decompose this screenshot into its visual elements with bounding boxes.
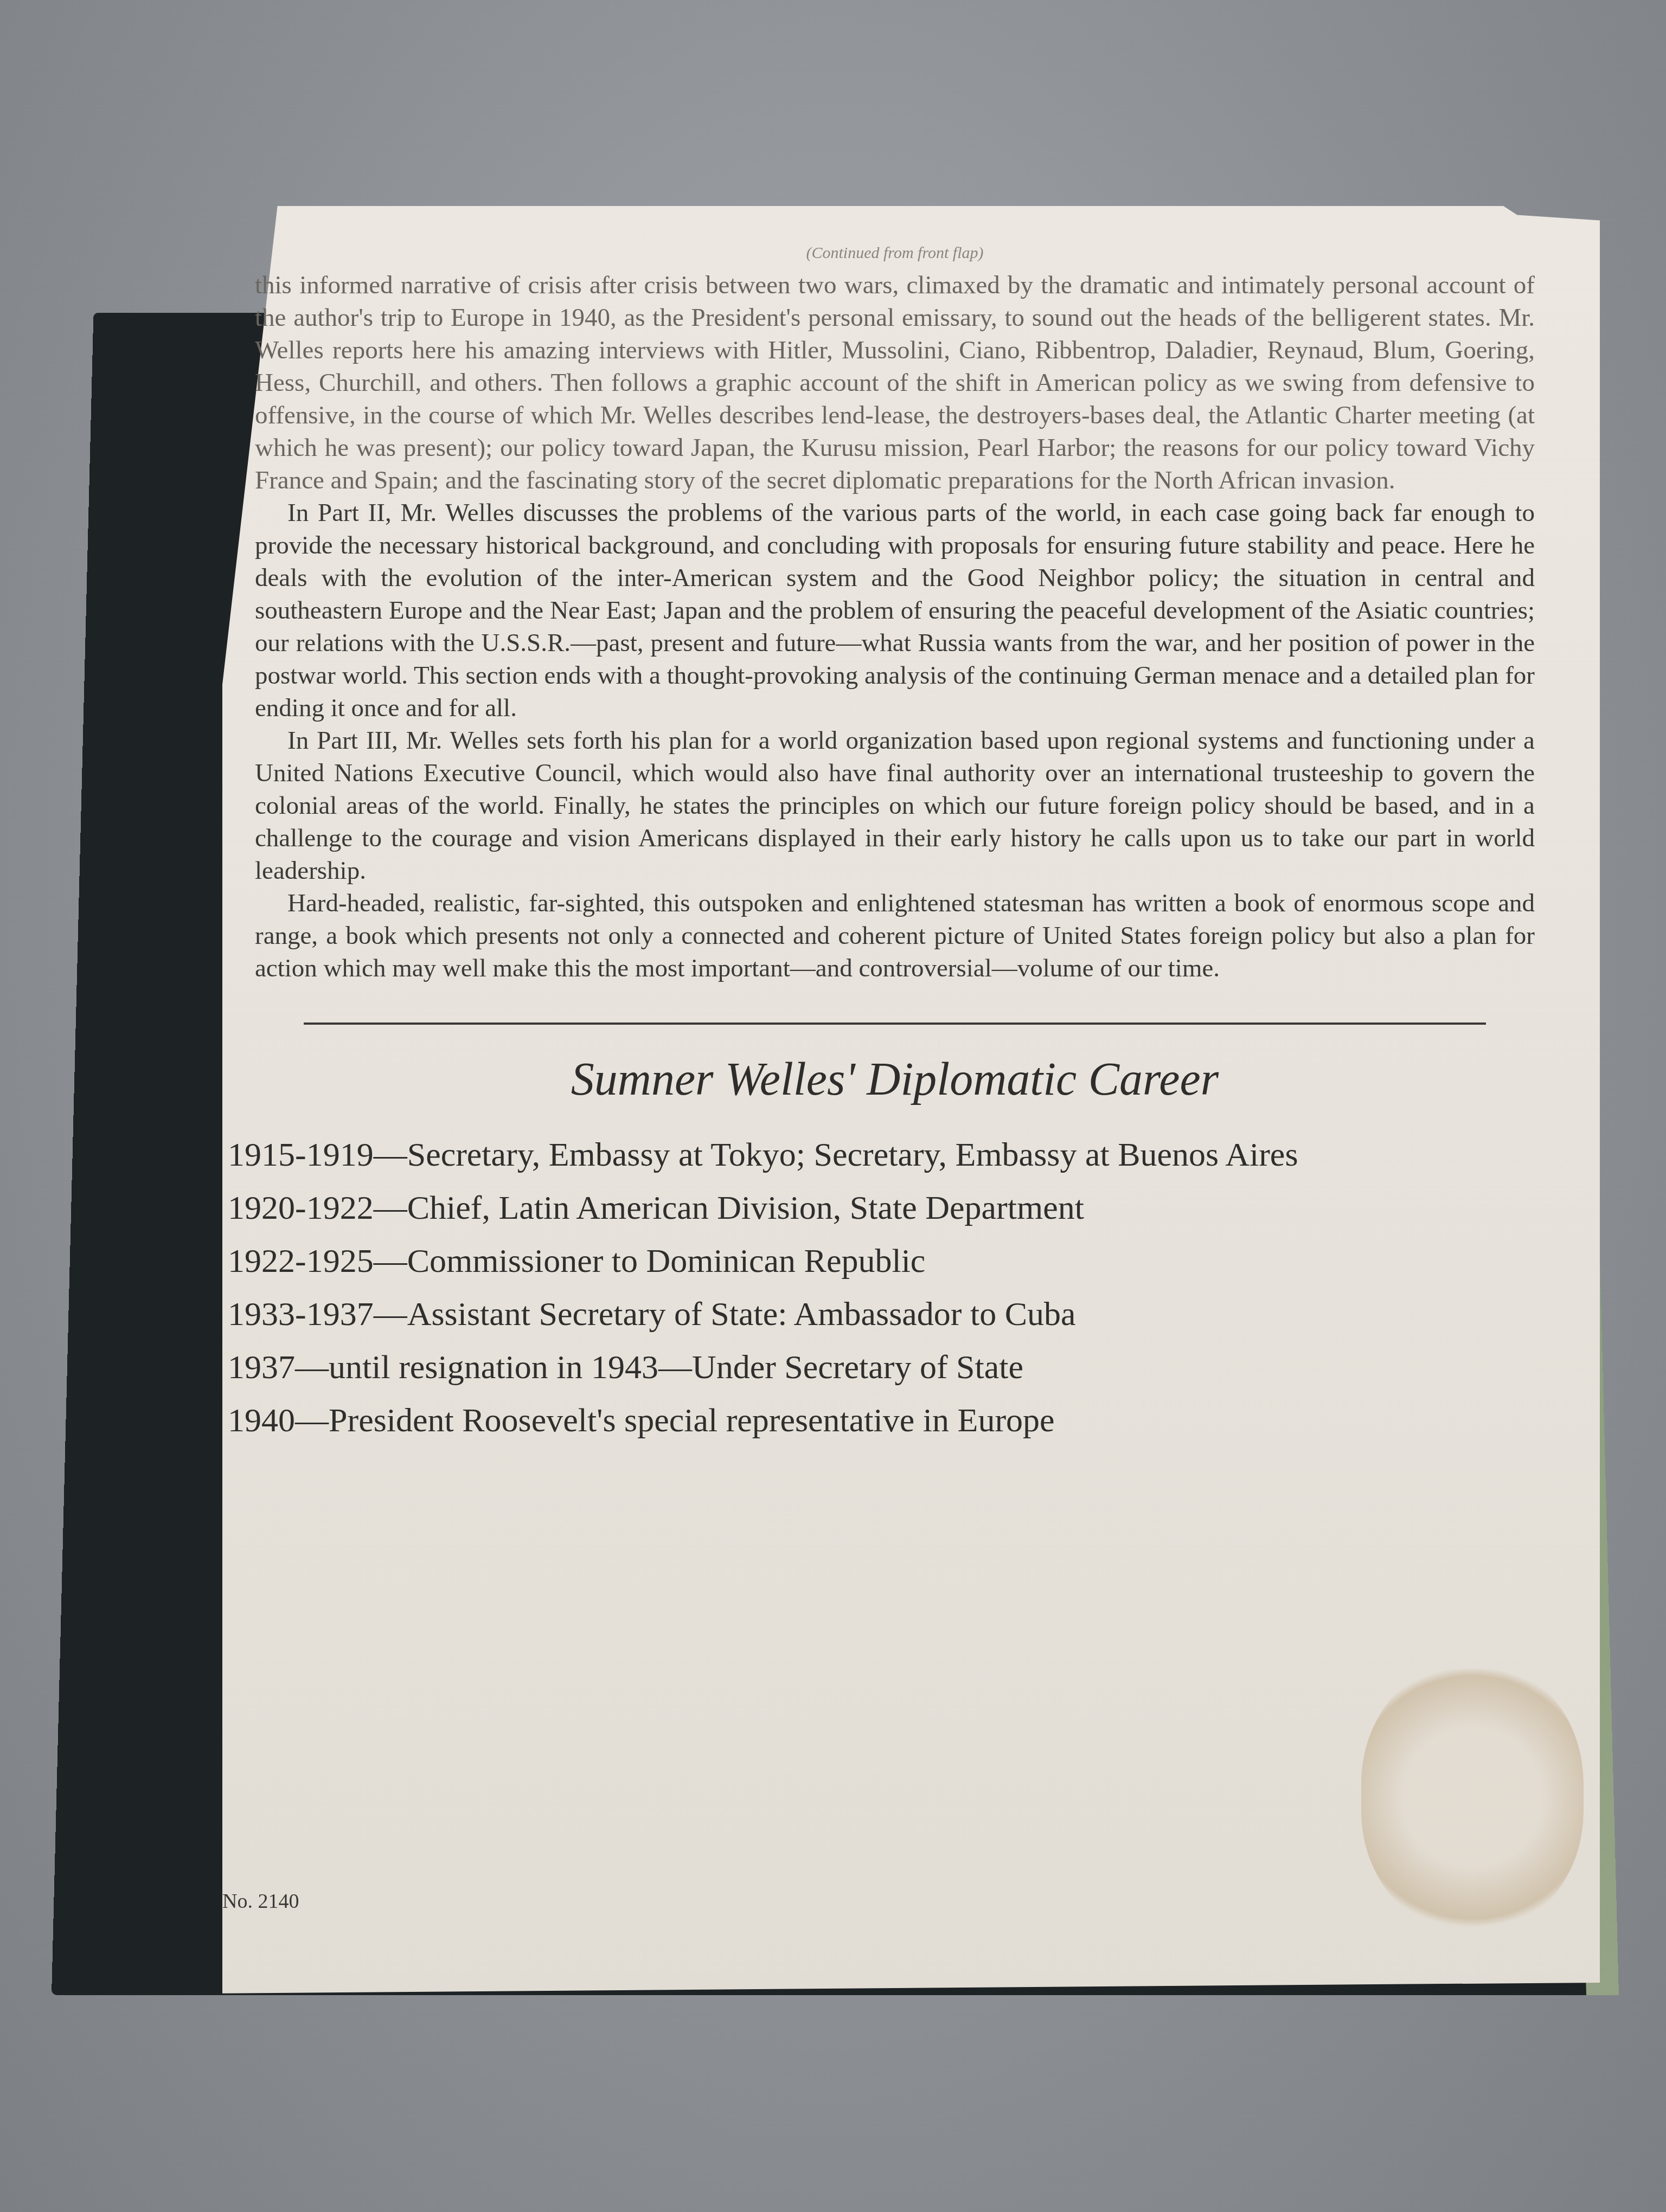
jacket-text: (Continued from front flap) this informe… bbox=[255, 244, 1535, 1452]
catalog-number: No. 2140 bbox=[222, 1889, 299, 1913]
continued-label: (Continued from front flap) bbox=[255, 244, 1535, 262]
paragraph-4: Hard-headed, realistic, far-sighted, thi… bbox=[255, 887, 1535, 985]
career-title: Sumner Welles' Diplomatic Career bbox=[255, 1052, 1535, 1106]
divider bbox=[304, 1023, 1486, 1025]
paragraph-3: In Part III, Mr. Welles sets forth his p… bbox=[255, 724, 1535, 887]
water-stain bbox=[1361, 1664, 1584, 1930]
career-entry: 1915-1919—Secretary, Embassy at Tokyo; S… bbox=[228, 1133, 1535, 1176]
career-entry: 1933-1937—Assistant Secretary of State: … bbox=[228, 1293, 1535, 1336]
paragraph-2: In Part II, Mr. Welles discusses the pro… bbox=[255, 497, 1535, 724]
career-entry: 1920-1922—Chief, Latin American Division… bbox=[228, 1186, 1535, 1230]
career-entry: 1937—until resignation in 1943—Under Sec… bbox=[228, 1346, 1535, 1389]
career-entry: 1922-1925—Commissioner to Dominican Repu… bbox=[228, 1239, 1535, 1283]
career-list: 1915-1919—Secretary, Embassy at Tokyo; S… bbox=[228, 1133, 1535, 1442]
paragraph-1: this informed narrative of crisis after … bbox=[255, 269, 1535, 497]
career-entry: 1940—President Roosevelt's special repre… bbox=[228, 1399, 1535, 1442]
